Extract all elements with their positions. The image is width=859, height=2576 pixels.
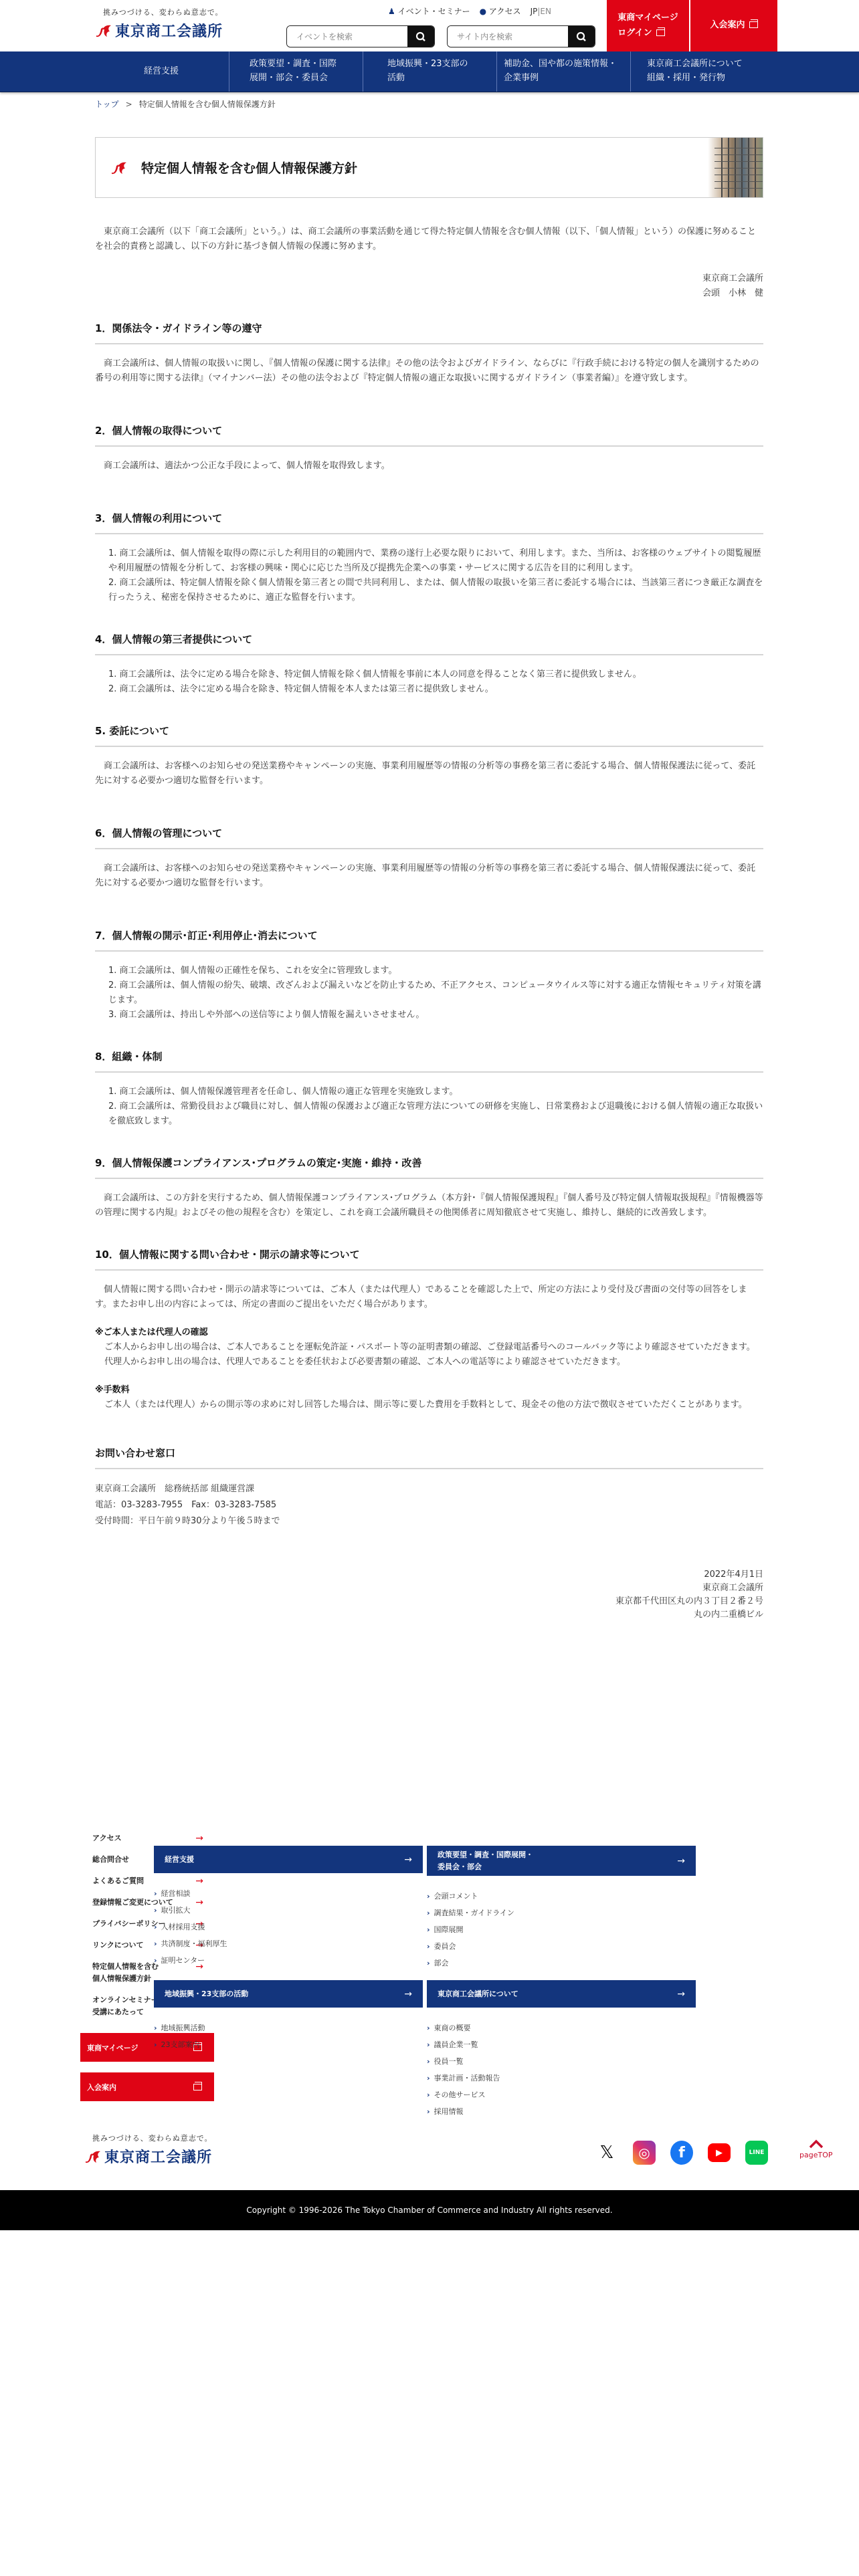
chevron-right-icon: › <box>427 1942 430 1951</box>
chevron-up-icon <box>808 2139 824 2149</box>
chevron-right-icon: › <box>427 1892 430 1901</box>
join-button[interactable]: 入会案内 <box>690 0 777 51</box>
event-seminar-link[interactable]: ♟ イベント・セミナー <box>388 5 470 17</box>
footer-col-link[interactable]: ›採用情報 <box>427 2103 696 2120</box>
search-icon <box>415 31 426 42</box>
chevron-right-icon: › <box>154 1939 157 1948</box>
x-icon[interactable]: 𝕏 <box>595 2141 618 2165</box>
chevron-right-icon: › <box>154 2024 157 2032</box>
chevron-right-icon: › <box>427 1925 430 1934</box>
external-window-icon <box>749 21 758 28</box>
footer-col-link[interactable]: ›役員一覧 <box>427 2053 696 2070</box>
site-search-button[interactable] <box>568 26 595 47</box>
section-heading: 9．個人情報保護コンプライアンス･プログラムの策定･実施・維持・改善 <box>95 1156 763 1179</box>
list-item: 2. 商工会議所は、法令に定める場合を除き、特定個人情報を本人または第三者に提供… <box>108 682 763 697</box>
section-heading: 10．個人情報に関する問い合わせ・開示の請求等について <box>95 1247 763 1271</box>
gnav-management-support[interactable]: 経営支援 <box>0 51 229 92</box>
footer-col-heading[interactable]: 経営支援→ <box>154 1846 423 1873</box>
footer-col-link[interactable]: ›東商の概要 <box>427 2020 696 2036</box>
note-fee: ※手数料 ご本人（または代理人）からの開示等の求めに対し回答した場合は、開示等に… <box>95 1383 763 1412</box>
site-logo[interactable]: 挑みつづける、変わらぬ意志で。 東京商工会議所 <box>95 7 229 41</box>
footer-col-link[interactable]: ›国際展開 <box>427 1921 696 1938</box>
footer-col-link[interactable]: ›経営相談 <box>154 1885 423 1902</box>
youtube-icon[interactable]: ▶ <box>708 2143 731 2162</box>
section-heading: 6．個人情報の管理について <box>95 826 763 849</box>
footer-col-policy: 政策要望・調査・国際展開・ 委員会・部会→ ›会頭コメント ›調査結果・ガイドラ… <box>427 1846 696 1971</box>
footer-col-heading[interactable]: 地域振興・23支部の活動→ <box>154 1980 423 2008</box>
section-heading: 4．個人情報の第三者提供について <box>95 632 763 655</box>
gnav-policy[interactable]: 政策要望・調査・国際展開・部会・委員会 <box>229 51 363 92</box>
gnav-about[interactable]: 東京商工会議所について組織・採用・発行物 <box>631 51 859 92</box>
footer-link-access[interactable]: アクセス→ <box>80 1832 214 1844</box>
page-title-box: 特定個人情報を含む個人情報保護方針 <box>95 137 763 198</box>
date-address-block: 2022年4月1日 東京商工会議所 東京都千代田区丸の内３丁目２番２号 丸の内二… <box>95 1568 763 1622</box>
logo-text: 東京商工会議所 <box>115 20 223 41</box>
chevron-right-icon: › <box>427 2107 430 2116</box>
section-1: 1．関係法令・ガイドライン等の遵守 商工会議所は、個人情報の取扱いに関し、『個人… <box>95 321 763 386</box>
facebook-icon[interactable]: f <box>670 2141 693 2165</box>
footer-col-heading[interactable]: 政策要望・調査・国際展開・ 委員会・部会→ <box>427 1846 696 1876</box>
building-image <box>708 138 763 198</box>
footer-col-link[interactable]: ›人材採用支援 <box>154 1919 423 1935</box>
mypage-login-button[interactable]: 東商マイページログイン <box>607 0 689 51</box>
language-switch: JP|EN <box>531 7 551 16</box>
map-pin-icon: ● <box>480 7 486 16</box>
chevron-right-icon: › <box>154 2040 157 2049</box>
list-item: 2. 商工会議所は、常勤役員および職員に対し、個人情報の保護および適正な管理方法… <box>108 1099 763 1129</box>
gnav-subsidies[interactable]: 補助金、国や都の施策情報・企業事例 <box>497 51 631 92</box>
copyright-bar: Copyright © 1996-2026 The Tokyo Chamber … <box>0 2190 859 2230</box>
list-item: 1. 商工会議所は、法令に定める場合を除き、特定個人情報を除く個人情報を事前に本… <box>108 667 763 682</box>
chevron-right-icon: › <box>154 1906 157 1915</box>
section-5: 5. 委託について 商工会議所は、お客様へのお知らせの発送業務やキャンペーンの実… <box>95 724 763 788</box>
signature: 東京商工会議所 会頭 小林 健 <box>95 272 763 301</box>
list-item: 1. 商工会議所は、個人情報保護管理者を任命し、個人情報の適正な管理を実施致しま… <box>108 1085 763 1099</box>
social-links: 𝕏 ◎ f ▶ LINE <box>595 2141 768 2165</box>
chevron-right-icon: › <box>427 2040 430 2049</box>
search-icon <box>576 31 587 42</box>
breadcrumb-home[interactable]: トップ <box>95 100 119 109</box>
breadcrumb-current: 特定個人情報を含む個人情報保護方針 <box>139 100 276 109</box>
contact-hours: 受付時間：平日午前９時30分より午後５時まで <box>95 1513 763 1529</box>
footer-col-link[interactable]: ›共済制度・福利厚生 <box>154 1935 423 1952</box>
footer-col-link[interactable]: ›部会 <box>427 1955 696 1971</box>
page-top-button[interactable]: pageTOP <box>799 2139 832 2159</box>
section-4: 4．個人情報の第三者提供について 1. 商工会議所は、法令に定める場合を除き、特… <box>95 632 763 697</box>
contact-phone: 電話：03-3283-7955 Fax：03-3283-7585 <box>95 1497 763 1513</box>
breadcrumb: トップ>特定個人情報を含む個人情報保護方針 <box>95 98 276 110</box>
section-heading: お問い合わせ窓口 <box>95 1446 763 1469</box>
global-nav: 経営支援 政策要望・調査・国際展開・部会・委員会 地域振興・23支部の活動 補助… <box>0 51 859 92</box>
chevron-right-icon: › <box>427 1909 430 1917</box>
section-heading: 2．個人情報の取得について <box>95 423 763 447</box>
event-search <box>286 25 435 47</box>
section-10: 10．個人情報に関する問い合わせ・開示の請求等について 個人情報に関する問い合わ… <box>95 1247 763 1412</box>
section-9: 9．個人情報保護コンプライアンス･プログラムの策定･実施・維持・改善 商工会議所… <box>95 1156 763 1220</box>
footer-col-link[interactable]: ›証明センター <box>154 1952 423 1969</box>
chevron-right-icon: › <box>427 1959 430 1967</box>
footer-col-link[interactable]: ›その他サービス <box>427 2086 696 2103</box>
chevron-right-icon: › <box>427 2090 430 2099</box>
section-heading: 3．個人情報の利用について <box>95 511 763 534</box>
footer-bottom: 挑みつづける、変わらぬ意志で。 東京商工会議所 𝕏 ◎ f ▶ LINE pag… <box>0 2129 859 2189</box>
list-item: 3. 商工会議所は、持出しや外部への送信等により個人情報を漏えいさせません。 <box>108 1008 763 1023</box>
gnav-regional[interactable]: 地域振興・23支部の活動 <box>363 51 497 92</box>
section-6: 6．個人情報の管理について 商工会議所は、お客様へのお知らせの発送業務やキャンペ… <box>95 826 763 891</box>
tcci-logo-mark-icon <box>95 23 112 38</box>
footer-col-link[interactable]: ›地域振興活動 <box>154 2020 423 2036</box>
page-title: 特定個人情報を含む個人情報保護方針 <box>141 158 357 177</box>
intro-text: 東京商工会議所（以下「商工会議所」という。）は、商工会議所の事業活動を通じて得た… <box>95 225 763 254</box>
access-link[interactable]: ● アクセス <box>480 5 521 17</box>
lang-jp[interactable]: JP <box>531 7 538 16</box>
footer-col-link[interactable]: ›調査結果・ガイドライン <box>427 1905 696 1921</box>
external-window-icon <box>656 29 665 36</box>
note-identity-check: ※ご本人または代理人の確認 ご本人からお申し出の場合は、ご本人であることを運転免… <box>95 1325 763 1370</box>
section-heading: 1．関係法令・ガイドライン等の遵守 <box>95 321 763 344</box>
lang-en[interactable]: EN <box>540 7 551 16</box>
chevron-right-icon: › <box>427 2024 430 2032</box>
section-7: 7．個人情報の開示･訂正･利用停止･消去について 1. 商工会議所は、個人情報の… <box>95 928 763 1023</box>
footer-logo[interactable]: 挑みつづける、変わらぬ意志で。 東京商工会議所 <box>84 2133 218 2167</box>
tcci-logo-mark-icon <box>84 2149 102 2164</box>
footer-col-link[interactable]: ›事業計画・活動報告 <box>427 2070 696 2086</box>
section-heading: 5. 委託について <box>95 724 763 747</box>
contact-section: お問い合わせ窓口 東京商工会議所 総務統括部 組織運営課 電話：03-3283-… <box>95 1446 763 1529</box>
chevron-right-icon: › <box>427 2057 430 2066</box>
arrow-right-icon: → <box>677 1988 685 2000</box>
copyright-text: Copyright © 1996-2026 The Tokyo Chamber … <box>246 2206 612 2215</box>
section-3: 3．個人情報の利用について 1. 商工会議所は、個人情報を取得の際に示した利用目… <box>95 511 763 605</box>
instagram-icon[interactable]: ◎ <box>633 2141 656 2165</box>
contact-dept: 東京商工会議所 総務統括部 組織運営課 <box>95 1481 763 1497</box>
arrow-right-icon: → <box>677 1855 685 1867</box>
utility-links: ♟ イベント・セミナー ● アクセス JP|EN <box>388 5 551 17</box>
event-search-button[interactable] <box>407 26 434 47</box>
footer-col-management: 経営支援→ ›経営相談 ›取引拡大 ›人材採用支援 ›共済制度・福利厚生 ›証明… <box>154 1846 423 1969</box>
tcci-logo-mark-icon <box>110 160 128 175</box>
external-window-icon <box>193 2084 202 2090</box>
arrow-right-icon: → <box>195 1832 203 1844</box>
footer-col-link[interactable]: ›会頭コメント <box>427 1888 696 1905</box>
person-event-icon: ♟ <box>388 7 395 16</box>
logo-tagline: 挑みつづける、変わらぬ意志で。 <box>95 7 229 17</box>
list-item: 2. 商工会議所は、個人情報の紛失、破壊、改ざんおよび漏えいなどを防止するため、… <box>108 978 763 1008</box>
list-item: 1. 商工会議所は、個人情報の正確性を保ち、これを安全に管理致します。 <box>108 964 763 978</box>
event-search-input[interactable] <box>287 26 407 47</box>
section-heading: 8．組織・体制 <box>95 1049 763 1073</box>
line-icon[interactable]: LINE <box>745 2141 768 2165</box>
site-search-input[interactable] <box>448 26 568 47</box>
footer-col-link[interactable]: ›取引拡大 <box>154 1902 423 1919</box>
chevron-right-icon: › <box>154 1956 157 1965</box>
footer-col-link[interactable]: ›議員企業一覧 <box>427 2036 696 2053</box>
chevron-right-icon: › <box>154 1889 157 1898</box>
section-heading: 7．個人情報の開示･訂正･利用停止･消去について <box>95 928 763 952</box>
site-search <box>447 25 595 47</box>
footer-col-about: 東京商工会議所について→ ›東商の概要 ›議員企業一覧 ›役員一覧 ›事業計画・… <box>427 1980 696 2120</box>
footer-col-link[interactable]: ›23支部案内 <box>154 2036 423 2053</box>
site-header: 挑みつづける、変わらぬ意志で。 東京商工会議所 ♟ イベント・セミナー ● アク… <box>0 0 859 51</box>
list-item: 2. 商工会議所は、特定個人情報を除く個人情報を第三者との間で共同利用し、または… <box>108 576 763 605</box>
footer-col-heading[interactable]: 東京商工会議所について→ <box>427 1980 696 2008</box>
main-content: 特定個人情報を含む個人情報保護方針 東京商工会議所（以下「商工会議所」という。）… <box>95 137 763 1622</box>
footer-col-regional: 地域振興・23支部の活動→ ›地域振興活動 ›23支部案内 <box>154 1980 423 2053</box>
chevron-right-icon: › <box>154 1923 157 1931</box>
arrow-right-icon: → <box>404 1988 412 2000</box>
footer-col-link[interactable]: ›委員会 <box>427 1938 696 1955</box>
chevron-right-icon: › <box>427 2074 430 2082</box>
section-8: 8．組織・体制 1. 商工会議所は、個人情報保護管理者を任命し、個人情報の適正な… <box>95 1049 763 1129</box>
arrow-right-icon: → <box>404 1854 412 1866</box>
section-2: 2．個人情報の取得について 商工会議所は、適法かつ公正な手段によって、個人情報を… <box>95 423 763 473</box>
footer-join-button[interactable]: 入会案内 <box>80 2072 214 2101</box>
list-item: 1. 商工会議所は、個人情報を取得の際に示した利用目的の範囲内で、業務の遂行上必… <box>108 546 763 576</box>
